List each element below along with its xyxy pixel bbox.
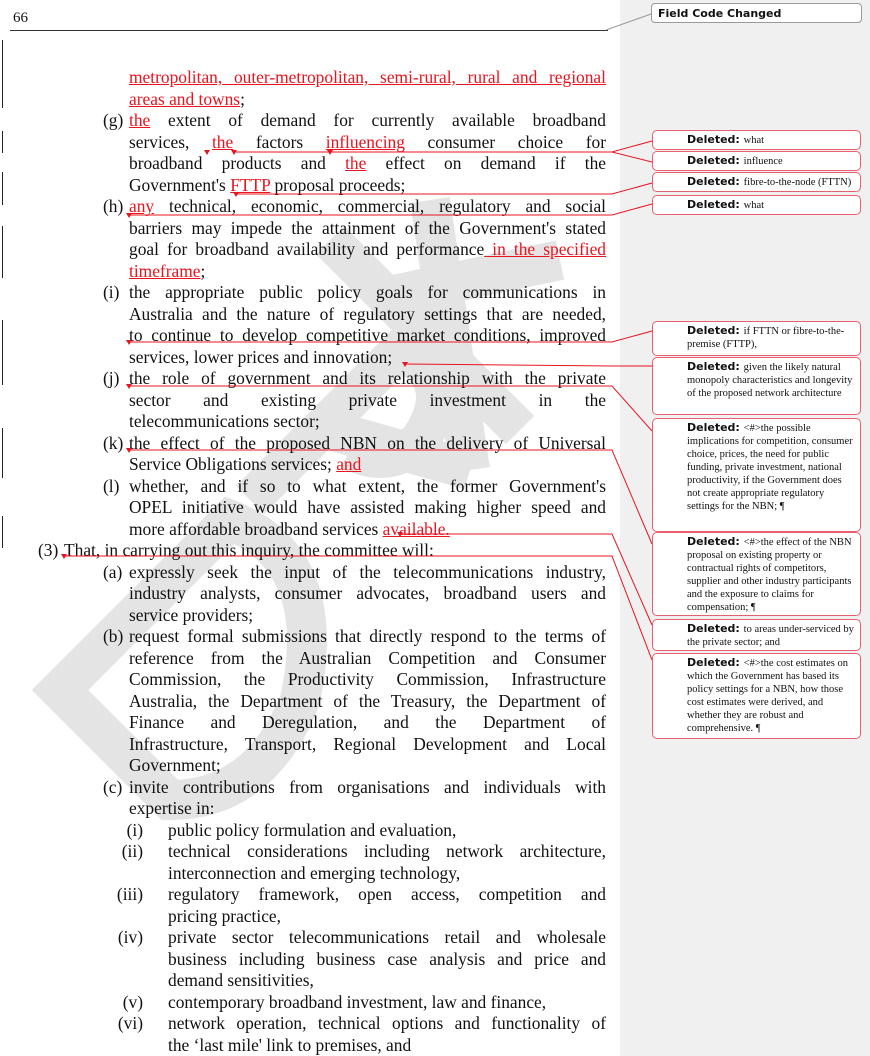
list-item-line: any technical, economic, commercial, reg…	[129, 196, 606, 218]
deleted-text: <#>the cost estimates on which the Gover…	[687, 658, 848, 734]
list-item-line: pricing practice,	[168, 906, 281, 928]
list-item-line: the effect of the proposed NBN on the de…	[129, 433, 606, 455]
list-item-line: public policy formulation and evaluation…	[168, 820, 456, 842]
list-item-line: Finance and Deregulation, and the Depart…	[129, 712, 606, 734]
insertion-caret-icon	[231, 150, 237, 155]
list-label: (c)	[103, 777, 122, 799]
list-item-line: the appropriate public policy goals for …	[129, 282, 606, 304]
deleted-balloon[interactable]: Deleted: what	[652, 130, 861, 150]
list-item-line: the role of government and its relations…	[129, 368, 606, 390]
deleted-keyword: Deleted:	[687, 198, 744, 211]
deleted-balloon[interactable]: Deleted: <#>the cost estimates on which …	[652, 653, 861, 739]
change-bar	[2, 428, 3, 478]
list-item-line: barriers may impede the attainment of th…	[129, 218, 606, 240]
list-label: (ii)	[122, 841, 143, 863]
change-bar	[2, 226, 3, 278]
deleted-keyword: Deleted:	[687, 421, 744, 434]
change-bar	[2, 40, 3, 108]
document-page: 66 metropolitan, outer-metropolitan, sem…	[0, 0, 620, 1056]
page-number: 66	[13, 10, 28, 27]
deleted-text: fibre-to-the-node (FTTN)	[744, 177, 852, 188]
deleted-text: what	[744, 200, 764, 211]
list-label: (3)	[38, 540, 58, 562]
insertion-caret-icon	[402, 362, 408, 367]
inserted-text: and	[336, 454, 361, 474]
deleted-text: what	[744, 135, 764, 146]
list-item-line: Australia and the nature of regulatory s…	[129, 304, 606, 326]
list-item-line: services, the factors influencing consum…	[129, 132, 606, 154]
deleted-keyword: Deleted:	[687, 622, 744, 635]
list-item-line: services, lower prices and innovation;	[129, 347, 392, 369]
inserted-text: any	[129, 196, 154, 216]
list-label: (b)	[103, 626, 123, 648]
insertion-caret-icon	[126, 213, 132, 218]
deleted-balloon[interactable]: Deleted: <#>the possible implications fo…	[652, 418, 861, 532]
deleted-keyword: Deleted:	[687, 175, 744, 188]
list-item-line: Government;	[129, 755, 221, 777]
list-item-line: goal for broadband availability and perf…	[129, 239, 606, 261]
deleted-balloon[interactable]: Deleted: what	[652, 195, 861, 215]
list-item-line: network operation, technical options and…	[168, 1013, 606, 1035]
deleted-text: influence	[744, 156, 783, 167]
insertion-caret-icon	[126, 384, 132, 389]
list-item-line: expertise in:	[129, 798, 214, 820]
deleted-balloon[interactable]: Deleted: given the likely natural monopo…	[652, 357, 861, 415]
list-item-line: the extent of demand for currently avail…	[129, 110, 606, 132]
list-item-line: timeframe;	[129, 261, 205, 283]
insertion-caret-icon	[126, 448, 132, 453]
list-item-line: telecommunications sector;	[129, 411, 320, 433]
list-item-line: contemporary broadband investment, law a…	[168, 992, 546, 1014]
list-item-line: reference from the Australian Competitio…	[129, 648, 606, 670]
list-item-line: Government's FTTP proposal proceeds;	[129, 175, 405, 197]
list-label: (i)	[103, 282, 119, 304]
change-bar	[2, 172, 3, 205]
deleted-keyword: Deleted:	[687, 360, 744, 373]
list-item-line: Australia, the Department of the Treasur…	[129, 691, 606, 713]
clause-3-text: That, in carrying out this inquiry, the …	[64, 540, 434, 562]
deleted-keyword: Deleted:	[687, 324, 744, 337]
list-item-line: OPEL initiative would have assisted maki…	[129, 497, 606, 519]
list-item-line: regulatory framework, open access, compe…	[168, 884, 606, 906]
deleted-balloon[interactable]: Deleted: to areas under-serviced by the …	[652, 619, 861, 651]
insertion-caret-icon	[61, 554, 67, 559]
list-label: (h)	[103, 196, 123, 218]
list-item-line: request formal submissions that directly…	[129, 626, 606, 648]
list-item-line: Commission, the Productivity Commission,…	[129, 669, 606, 691]
list-label: (iii)	[117, 884, 143, 906]
list-label: (v)	[123, 992, 143, 1014]
inserted-text: available.	[383, 519, 450, 539]
deleted-keyword: Deleted:	[687, 154, 744, 167]
list-label: (vi)	[118, 1013, 143, 1035]
deleted-keyword: Deleted:	[687, 656, 744, 669]
inserted-text: the	[345, 153, 366, 173]
list-label: (a)	[103, 562, 122, 584]
change-bar	[2, 131, 3, 153]
deleted-keyword: Deleted:	[687, 535, 744, 548]
insertion-caret-icon	[233, 192, 239, 197]
list-item-line: expressly seek the input of the telecomm…	[129, 562, 606, 584]
continuation-line: metropolitan, outer-metropolitan, semi-r…	[129, 67, 606, 89]
inserted-text: timeframe	[129, 261, 200, 281]
deleted-balloon[interactable]: Deleted: if FTTN or fibre-to-the-premise…	[652, 321, 861, 356]
list-item-line: demand sensitivities,	[168, 970, 314, 992]
insertion-caret-icon	[126, 340, 132, 345]
inserted-text: metropolitan, outer-metropolitan, semi-r…	[129, 67, 606, 87]
list-item-line: to continue to develop competitive marke…	[129, 325, 606, 347]
deleted-balloon[interactable]: Deleted: influence	[652, 151, 861, 171]
header-rule	[10, 30, 608, 31]
deleted-balloon[interactable]: Deleted: <#>the effect of the NBN propos…	[652, 532, 861, 616]
change-bar	[2, 516, 3, 548]
list-label: (i)	[127, 820, 143, 842]
list-label: (l)	[103, 476, 119, 498]
list-item-line: sector and existing private investment i…	[129, 390, 606, 412]
list-item-line: Service Obligations services; and	[129, 454, 361, 476]
insertion-caret-icon	[397, 532, 403, 537]
list-label: (g)	[103, 110, 123, 132]
list-item-line: business including business case analysi…	[168, 949, 606, 971]
deleted-keyword: Deleted:	[687, 133, 744, 146]
list-item-line: service providers;	[129, 605, 253, 627]
inserted-text: the	[212, 132, 233, 152]
list-item-line: Infrastructure, Transport, Regional Deve…	[129, 734, 606, 756]
inserted-text: areas and towns	[129, 89, 240, 109]
list-label: (iv)	[118, 927, 143, 949]
list-item-line: technical considerations including netwo…	[168, 841, 606, 863]
change-bar	[2, 320, 3, 385]
list-item-line: invite contributions from organisations …	[129, 777, 606, 799]
insertion-caret-icon	[204, 150, 210, 155]
list-item-line: private sector telecommunications retail…	[168, 927, 606, 949]
list-label: (k)	[103, 433, 123, 455]
deleted-balloon[interactable]: Deleted: fibre-to-the-node (FTTN)	[652, 172, 861, 192]
list-item-line: the ‘last mile' link to premises, and	[168, 1035, 411, 1056]
inserted-text: the	[129, 110, 150, 130]
list-item-line: interconnection and emerging technology,	[168, 863, 460, 885]
inserted-text: in the specified	[484, 239, 606, 259]
list-item-line: industry analysts, consumer advocates, b…	[129, 583, 606, 605]
field-code-changed-balloon[interactable]: Field Code Changed	[651, 3, 862, 23]
deleted-text: <#>the effect of the NBN proposal on exi…	[687, 537, 852, 613]
insertion-caret-icon	[327, 150, 333, 155]
inserted-text: influencing	[326, 132, 405, 152]
deleted-text: <#>the possible implications for competi…	[687, 423, 853, 512]
continuation-line: areas and towns;	[129, 89, 245, 111]
list-item-line: whether, and if so to what extent, the f…	[129, 476, 606, 498]
list-item-line: broadband products and the effect on dem…	[129, 153, 606, 175]
list-label: (j)	[103, 368, 119, 390]
